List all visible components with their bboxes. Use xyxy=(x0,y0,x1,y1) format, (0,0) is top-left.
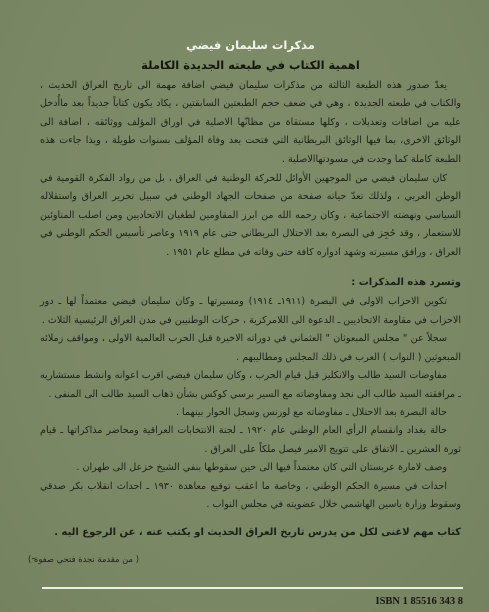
description-body: يعدّ صدور هذه الطبعة الثالثة من مذكرات س… xyxy=(40,77,461,543)
content-item: حالة البصرة بعد الاحتلال ـ مفاوضاته مع ل… xyxy=(40,404,461,422)
content-item: تكوين الاحزاب الاولى في البصرة (١٩١١ـ ١٩… xyxy=(40,293,461,330)
content-item: مفاوضات السيد طالب والانكليز قبل قيام ال… xyxy=(40,367,461,404)
back-cover: مذكرات سليمان فيضي اهمية الكتاب في طبعته… xyxy=(40,0,461,612)
contents-heading: وتسرد هذه المذكرات : xyxy=(40,274,461,292)
divider-line xyxy=(42,587,463,589)
intro-paragraph: يعدّ صدور هذه الطبعة الثالثة من مذكرات س… xyxy=(40,77,461,169)
isbn-number: ISBN 1 85516 343 8 xyxy=(375,596,463,607)
content-item: سجلاً عن " مجلس المبعوثان " العثماني في … xyxy=(40,330,461,367)
content-item: وصف لامارة عربستان التي كان معتمداً فيها… xyxy=(40,459,461,477)
biography-paragraph: كان سليمان فيضي من الموجهين الأوائل للحر… xyxy=(40,170,461,262)
source-attribution: ( من مقدمة نجدة فتحي صفوة ) xyxy=(28,554,139,564)
section-subtitle: اهمية الكتاب في طبعته الجديدة الكاملة xyxy=(40,58,461,72)
closing-statement: كتاب مهم لاغنى لكل من يدرس تاريخ العراق … xyxy=(40,524,461,542)
content-item: احداث في مسيرة الحكم الوطني ، وخاصة ما ا… xyxy=(40,478,461,515)
content-item: حالة بغداد وانقسام الرأي العام الوطني عا… xyxy=(40,422,461,459)
book-title: مذكرات سليمان فيضي xyxy=(40,38,461,52)
